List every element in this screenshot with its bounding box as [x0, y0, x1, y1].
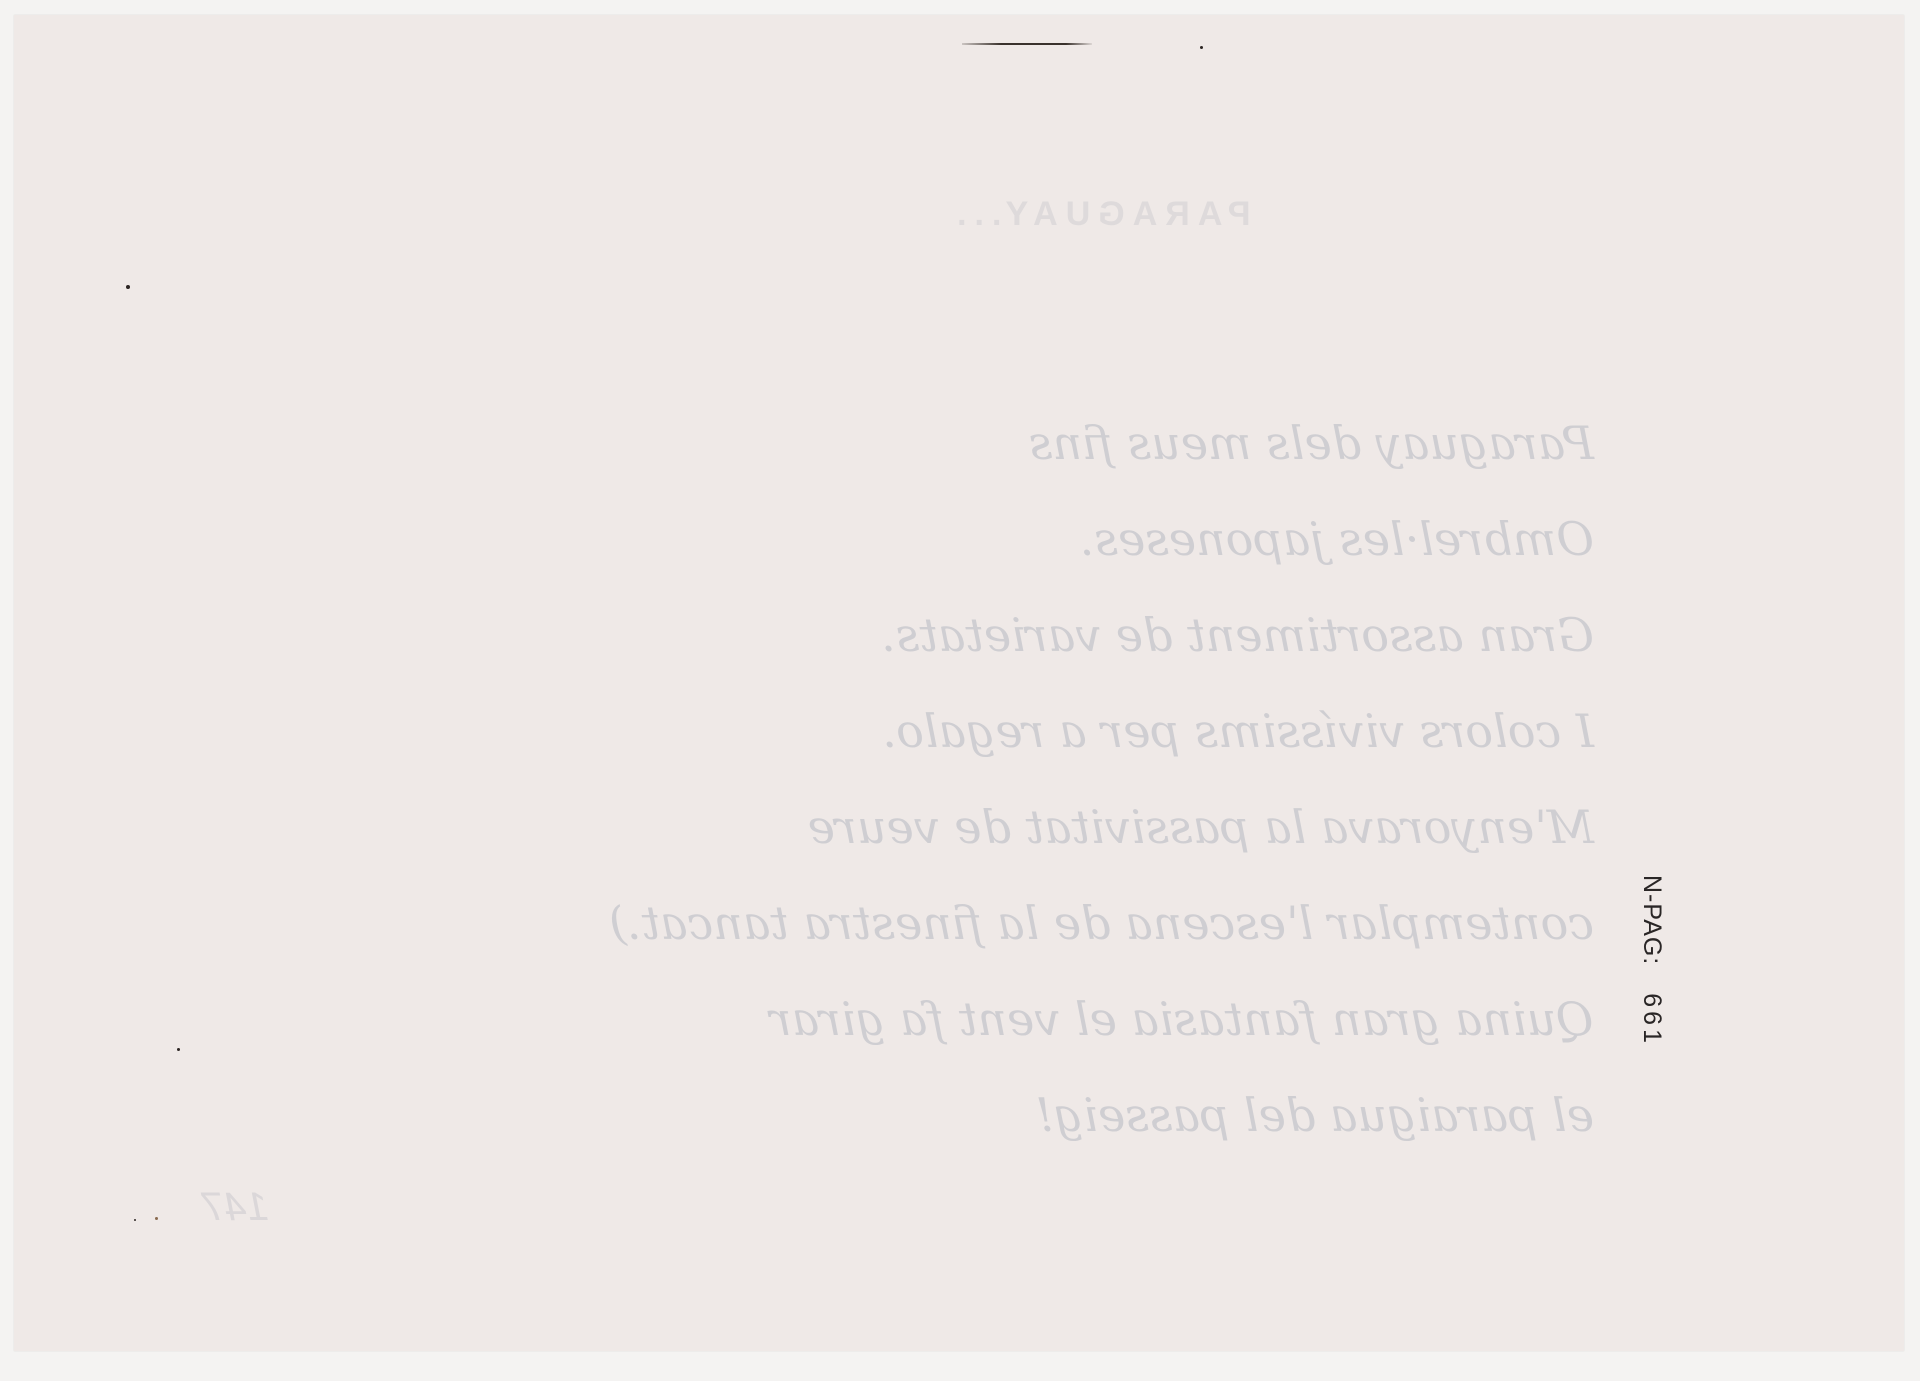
- ink-speck: [1200, 46, 1203, 49]
- handwriting-line: el paraigua del passeig!: [574, 1067, 1594, 1163]
- handwriting-line: I colors vivíssims per a regalo.: [574, 683, 1594, 779]
- top-edge-mark: [962, 43, 1092, 45]
- handwriting-line: Quina gran fantasia el vent fa girar: [574, 971, 1594, 1067]
- handwriting-line: M'enyorava la passivitat de veure: [574, 779, 1594, 875]
- photo-card-back: PARAGUAY... Paraguay dels meus fins Ombr…: [14, 15, 1904, 1351]
- ink-speck: [177, 1048, 180, 1051]
- stamp-number: 661: [1638, 993, 1666, 1047]
- ink-speck: [126, 285, 130, 289]
- stamp-label: N-PAG:: [1638, 875, 1666, 965]
- catalog-stamp: N-PAG:661: [1637, 875, 1666, 1047]
- bleed-through-page-number: 147: [202, 1185, 269, 1230]
- ink-speck: [134, 1219, 136, 1221]
- ink-speck: [155, 1217, 158, 1220]
- handwriting-line: Ombrel·les japoneses.: [574, 491, 1594, 587]
- handwriting-line: contemplar l'escena de la finestra tanca…: [574, 875, 1594, 971]
- bleed-through-title: PARAGUAY...: [949, 195, 1251, 234]
- bleed-through-handwriting: Paraguay dels meus fins Ombrel·les japon…: [574, 395, 1594, 1163]
- handwriting-line: Paraguay dels meus fins: [574, 395, 1594, 491]
- handwriting-line: Gran assortiment de varietats.: [574, 587, 1594, 683]
